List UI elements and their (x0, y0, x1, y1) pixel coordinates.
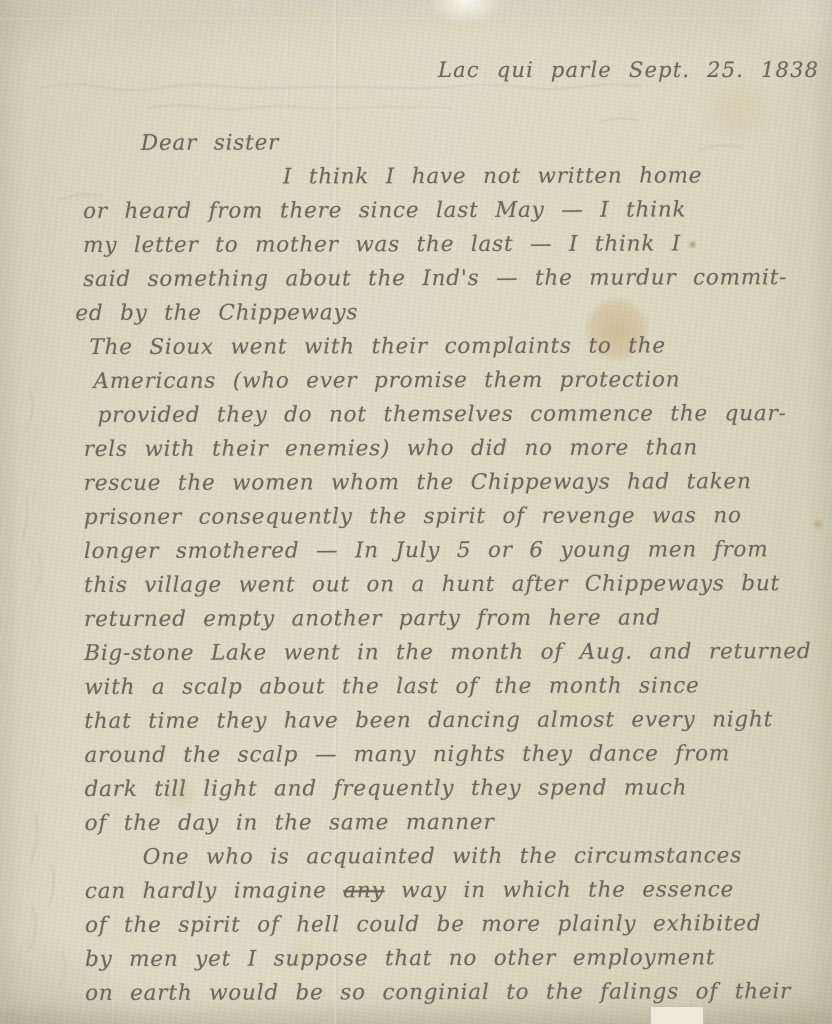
letter-line: provided they do not themselves commence… (98, 397, 832, 433)
letter-line: longer smothered — In July 5 or 6 young … (84, 533, 832, 569)
letter-line: with a scalp about the last of the month… (84, 669, 832, 705)
letter-line: around the scalp — many nights they danc… (84, 737, 832, 773)
letter-line: on earth would be so conginial to the fa… (85, 975, 832, 1011)
letter-line: of the spirit of hell could be more plai… (85, 907, 832, 943)
letter-line: that time they have been dancing almost … (84, 703, 832, 739)
letter-line: Americans (who ever promise them protect… (93, 363, 832, 399)
letter-line: The Sioux went with their complaints to … (89, 329, 832, 365)
dateline: Lac qui parle Sept. 25. 1838 (438, 58, 819, 82)
letter-line-with-strikeout: can hardly imagine any way in which the … (85, 873, 832, 909)
struck-word: any (343, 878, 384, 903)
letter-line: prisoner consequently the spirit of reve… (84, 499, 832, 535)
letter-line: ed by the Chippeways (75, 295, 832, 331)
letter-line: or heard from there since last May — I t… (83, 193, 832, 229)
letter-line: this village went out on a hunt after Ch… (84, 567, 832, 603)
line-text: way in which the essence (384, 877, 734, 903)
letter-line: said something about the Ind's — the mur… (83, 261, 832, 297)
letter-line: of the day in the same manner (85, 805, 832, 841)
letter-line: rels with their enemies) who did no more… (84, 431, 832, 467)
letter-page: Lac qui parle Sept. 25. 1838 Dear sister… (0, 0, 832, 1024)
letter-line: I think I have not written home (283, 159, 832, 194)
letter-line: my letter to mother was the last — I thi… (83, 227, 832, 263)
salutation: Dear sister (141, 125, 832, 161)
paper-tear (430, 0, 502, 24)
fold-crease-horizontal (0, 18, 832, 21)
letter-body: Dear sister I think I have not written h… (83, 125, 832, 1011)
letter-line: One who is acquainted with the circumsta… (143, 839, 832, 875)
letter-line: rescue the women whom the Chippeways had… (84, 465, 832, 501)
line-text: can hardly imagine (85, 878, 344, 904)
letter-line: returned empty another party from here a… (84, 601, 832, 637)
letter-line: by men yet I suppose that no other emplo… (85, 941, 832, 977)
letter-line: dark till light and frequently they spen… (85, 771, 832, 807)
letter-line: Big-stone Lake went in the month of Aug.… (84, 635, 832, 671)
